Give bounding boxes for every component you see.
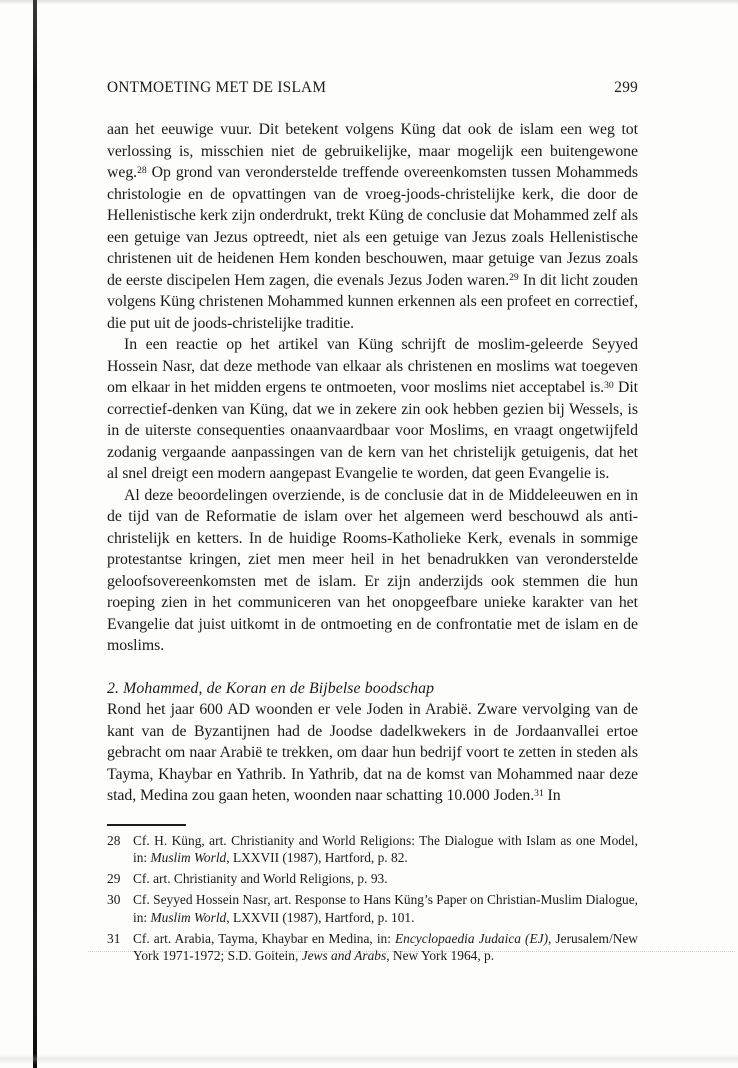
scan-left-edge-line bbox=[33, 0, 37, 1068]
scanned-book-page: ONTMOETING MET DE ISLAM 299 aan het eeuw… bbox=[0, 0, 738, 1068]
page-number: 299 bbox=[614, 79, 638, 97]
footnote-ref: 29 bbox=[509, 272, 519, 283]
paragraph: Rond het jaar 600 AD woonden er vele Jod… bbox=[107, 699, 638, 807]
text-blocks: aan het eeuwige vuur. Dit betekent volge… bbox=[107, 119, 638, 807]
footnote-number: 30 bbox=[107, 891, 133, 926]
text-run: Cf. art. Arabia, Tayma, Khaybar en Medin… bbox=[133, 931, 395, 946]
paragraph: aan het eeuwige vuur. Dit betekent volge… bbox=[107, 119, 638, 334]
footnote: 28Cf. H. Küng, art. Christianity and Wor… bbox=[107, 832, 638, 867]
footnote-number: 29 bbox=[107, 870, 133, 887]
text-run: , LXXVII (1987), Hartford, p. 101. bbox=[226, 910, 414, 925]
footnote-text: Cf. art. Arabia, Tayma, Khaybar en Medin… bbox=[133, 930, 638, 965]
footnote-number: 28 bbox=[107, 832, 133, 867]
footnote-ref: 28 bbox=[137, 165, 147, 176]
running-header-title: ONTMOETING MET DE ISLAM bbox=[107, 79, 326, 97]
section-heading: 2. Mohammed, de Koran en de Bijbelse boo… bbox=[107, 678, 638, 700]
footnote-text: Cf. H. Küng, art. Christianity and World… bbox=[133, 832, 638, 867]
text-run: , LXXVII (1987), Hartford, p. 82. bbox=[226, 850, 407, 865]
footnote-separator-rule bbox=[107, 824, 186, 826]
footnote-text: Cf. art. Christianity and World Religion… bbox=[133, 870, 638, 887]
italic-text: Jews and Arabs bbox=[302, 948, 387, 963]
footnote: 29Cf. art. Christianity and World Religi… bbox=[107, 870, 638, 887]
text-run: In bbox=[544, 787, 561, 804]
italic-text: Muslim World bbox=[150, 850, 226, 865]
footnote-text: Cf. Seyyed Hossein Nasr, art. Response t… bbox=[133, 891, 638, 926]
text-run: Cf. art. Christianity and World Religion… bbox=[133, 871, 388, 886]
paragraph: Al deze beoordelingen overziende, is de … bbox=[107, 485, 638, 657]
italic-text: Encyclopaedia Judaica (EJ) bbox=[395, 931, 548, 946]
running-header: ONTMOETING MET DE ISLAM 299 bbox=[107, 79, 638, 97]
footnote: 31Cf. art. Arabia, Tayma, Khaybar en Med… bbox=[107, 930, 638, 965]
paragraph: In een reactie op het artikel van Küng s… bbox=[107, 334, 638, 485]
footnote-ref: 30 bbox=[604, 380, 614, 391]
scan-top-edge-shadow bbox=[0, 0, 738, 5]
text-run: In een reactie op het artikel van Küng s… bbox=[107, 336, 638, 396]
footnote-ref: 31 bbox=[534, 788, 544, 799]
text-run: Op grond van veronderstelde treffende ov… bbox=[107, 164, 638, 289]
italic-text: Muslim World bbox=[150, 910, 226, 925]
footnote: 30Cf. Seyyed Hossein Nasr, art. Response… bbox=[107, 891, 638, 926]
footnote-number: 31 bbox=[107, 930, 133, 965]
text-run: Al deze beoordelingen overziende, is de … bbox=[107, 487, 638, 655]
page-content: ONTMOETING MET DE ISLAM 299 aan het eeuw… bbox=[107, 79, 638, 965]
scan-bottom-edge-shadow bbox=[0, 1054, 738, 1064]
text-run: , New York 1964, p. bbox=[386, 948, 494, 963]
footnotes: 28Cf. H. Küng, art. Christianity and Wor… bbox=[107, 832, 638, 965]
